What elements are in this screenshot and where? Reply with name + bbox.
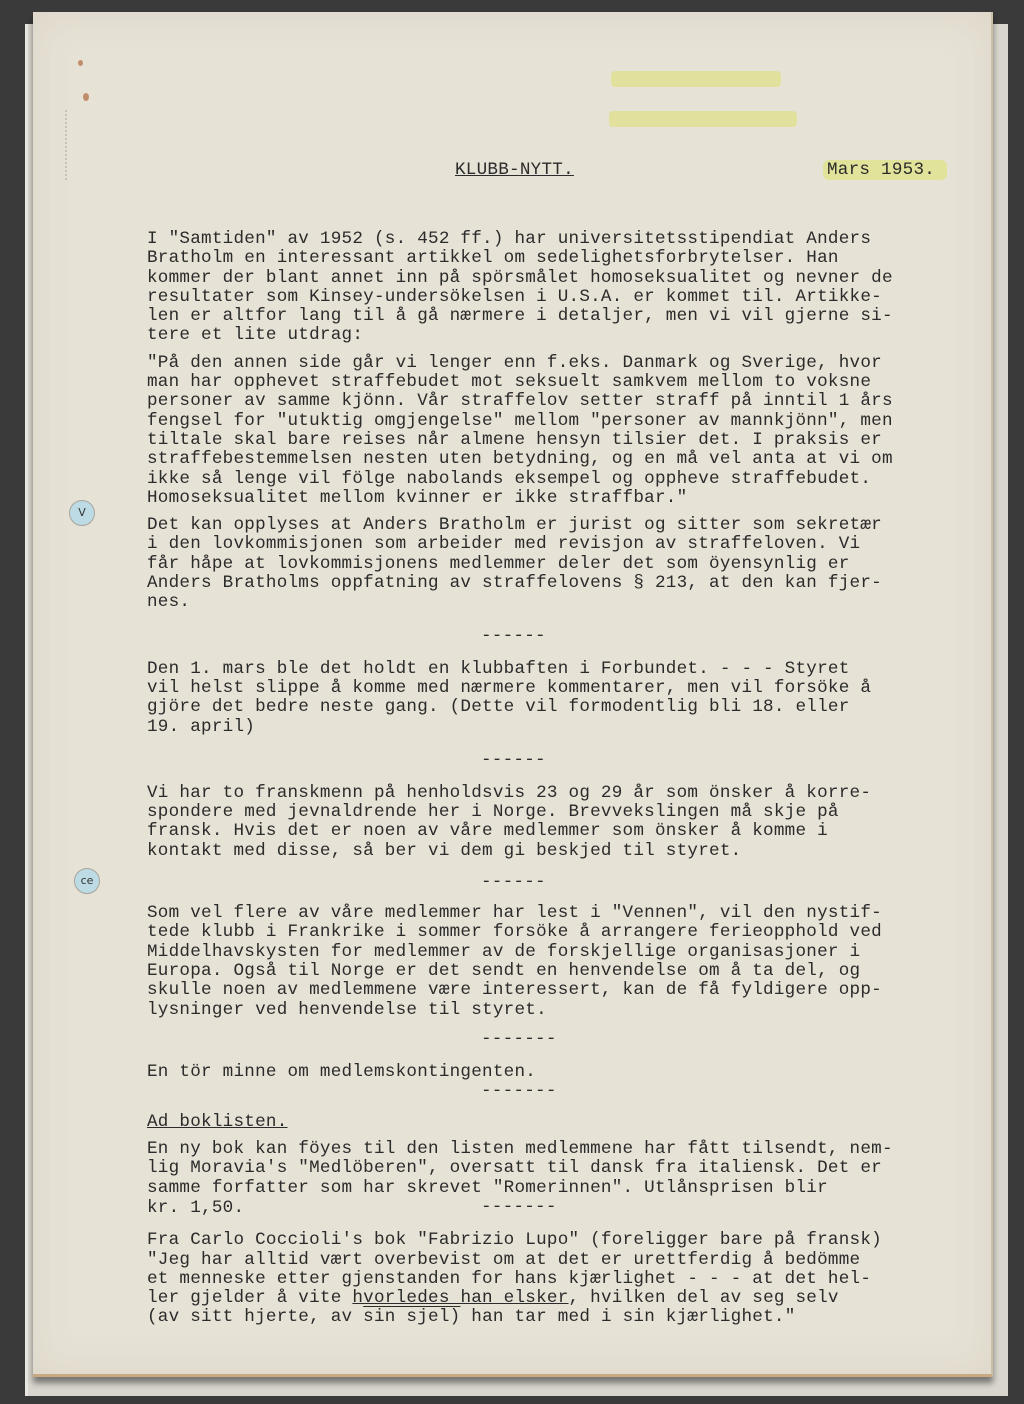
text-line: gjöre det bedre neste gang. (Dette vil f… [147, 698, 967, 717]
text-line: nes. [147, 593, 967, 612]
text-line: Fra Carlo Coccioli's bok "Fabrizio Lupo"… [147, 1231, 967, 1250]
paragraph-coccioli: Fra Carlo Coccioli's bok "Fabrizio Lupo"… [147, 1231, 967, 1327]
text-line: Bratholm en interessant artikkel om sede… [147, 249, 967, 268]
text-line: spondere med jevnaldrende her i Norge. B… [147, 803, 967, 822]
separator: ------- [481, 1198, 557, 1217]
text-line: fengsel for "utuktig omgjengelse" mellom… [147, 412, 967, 431]
highlighter-mark [609, 111, 797, 127]
paragraph-franskmenn: Vi har to franskmenn på henholdsvis 23 o… [147, 784, 967, 861]
text-line: et menneske etter gjenstanden for hans k… [147, 1270, 967, 1289]
text-line: fransk. Hvis det er noen av våre medlemm… [147, 822, 967, 841]
text-line: En tör minne om medlemskontingenten. [147, 1063, 967, 1082]
highlighter-mark [611, 71, 781, 87]
text-line: tede klubb i Frankrike i sommer forsöke … [147, 923, 967, 942]
text-line: i den lovkommisjonen som arbeider med re… [147, 535, 967, 554]
text-line: tiltale skal bare reises når almene hens… [147, 431, 967, 450]
text-line: Anders Bratholms oppfatning av straffelo… [147, 574, 967, 593]
document-header: KLUBB-NYTT. Mars 1953. [147, 160, 967, 190]
staple-holes [65, 110, 73, 180]
text-fragment: ler gjelder å vite [147, 1288, 352, 1308]
document-date: Mars 1953. [823, 160, 947, 180]
text-line: Som vel flere av våre medlemmer har lest… [147, 904, 967, 923]
text-line: vil helst slippe å komme med nærmere kom… [147, 679, 967, 698]
rust-stain [78, 60, 83, 66]
text-line: "På den annen side går vi lenger enn f.e… [147, 354, 967, 373]
rust-stain [83, 93, 89, 101]
punch-hole-marker: V [69, 500, 95, 526]
text-line: Europa. Også til Norge er det sendt en h… [147, 962, 967, 981]
text-line: Den 1. mars ble det holdt en klubbaften … [147, 660, 967, 679]
text-line: kontakt med disse, så ber vi dem gi besk… [147, 842, 967, 861]
text-line: straffebestemmelsen nesten uten betydnin… [147, 450, 967, 469]
overlined-phrase: sin sjel) [363, 1307, 460, 1327]
text-fragment: han tar med i sin kjærlighet." [460, 1307, 795, 1327]
text-line: len er altfor lang til å gå nærmere i de… [147, 307, 967, 326]
paragraph-klubbaften: Den 1. mars ble det holdt en klubbaften … [147, 660, 967, 737]
text-line: "Jeg har alltid vært overbevist om at de… [147, 1251, 967, 1270]
text-line: En ny bok kan föyes til den listen medle… [147, 1140, 967, 1159]
text-fragment: (av sitt hjerte, av [147, 1307, 363, 1327]
text-line: man har opphevet straffebudet mot seksue… [147, 373, 967, 392]
separator: ------ [481, 873, 967, 892]
text-line: kr. 1,50. [147, 1198, 244, 1218]
text-line: Homoseksualitet mellom kvinner er ikke s… [147, 489, 967, 508]
separator: ------- [481, 1030, 967, 1049]
text-line: kommer der blant annet inn på spörsmålet… [147, 269, 967, 288]
document-title: KLUBB-NYTT. [455, 160, 574, 180]
text-line: lysninger ved henvendelse til styret. [147, 1001, 967, 1020]
paragraph-samtiden: I "Samtiden" av 1952 (s. 452 ff.) har un… [147, 230, 967, 346]
text-line: resultater som Kinsey-undersökelsen i U.… [147, 288, 967, 307]
text-line: lig Moravia's "Medlöberen", oversatt til… [147, 1159, 967, 1178]
text-line: tere et lite utdrag: [147, 326, 967, 345]
separator: ------- [481, 1082, 967, 1101]
text-line: Vi har to franskmenn på henholdsvis 23 o… [147, 784, 967, 803]
text-line: ikke så lenge vil fölge nabolands eksemp… [147, 470, 967, 489]
paragraph-vennen: Som vel flere av våre medlemmer har lest… [147, 904, 967, 1020]
document-body: KLUBB-NYTT. Mars 1953. I "Samtiden" av 1… [147, 160, 967, 1328]
section-heading-boklisten: Ad boklisten. [147, 1113, 967, 1132]
text-line: skulle noen av medlemmene være interesse… [147, 981, 967, 1000]
text-line-with-separator: kr. 1,50. ------- [147, 1198, 967, 1217]
text-line: I "Samtiden" av 1952 (s. 452 ff.) har un… [147, 230, 967, 249]
text-line: ler gjelder å vite hvorledes han elsker,… [147, 1289, 967, 1308]
punch-hole-marker: ce [74, 868, 100, 894]
paragraph-quote: "På den annen side går vi lenger enn f.e… [147, 354, 967, 508]
text-line: 19. april) [147, 718, 967, 737]
text-line: får håpe at lovkommisjonens medlemmer de… [147, 555, 967, 574]
paragraph-boklisten: En ny bok kan föyes til den listen medle… [147, 1140, 967, 1217]
text-line: Det kan opplyses at Anders Bratholm er j… [147, 516, 967, 535]
text-line: personer av samme kjönn. Vår straffelov … [147, 392, 967, 411]
separator: ------ [481, 627, 967, 646]
separator: ------ [481, 751, 967, 770]
text-line: samme forfatter som har skrevet "Romerin… [147, 1179, 967, 1198]
text-line: (av sitt hjerte, av sin sjel) han tar me… [147, 1308, 967, 1327]
paragraph-kontingent: En tör minne om medlemskontingenten. [147, 1063, 967, 1082]
underlined-phrase: hvorledes han elsker [352, 1288, 568, 1308]
text-line: Middelhavskysten for medlemmer av de for… [147, 943, 967, 962]
paragraph-bratholm-jurist: Det kan opplyses at Anders Bratholm er j… [147, 516, 967, 612]
text-fragment: , hvilken del av seg selv [569, 1288, 839, 1308]
